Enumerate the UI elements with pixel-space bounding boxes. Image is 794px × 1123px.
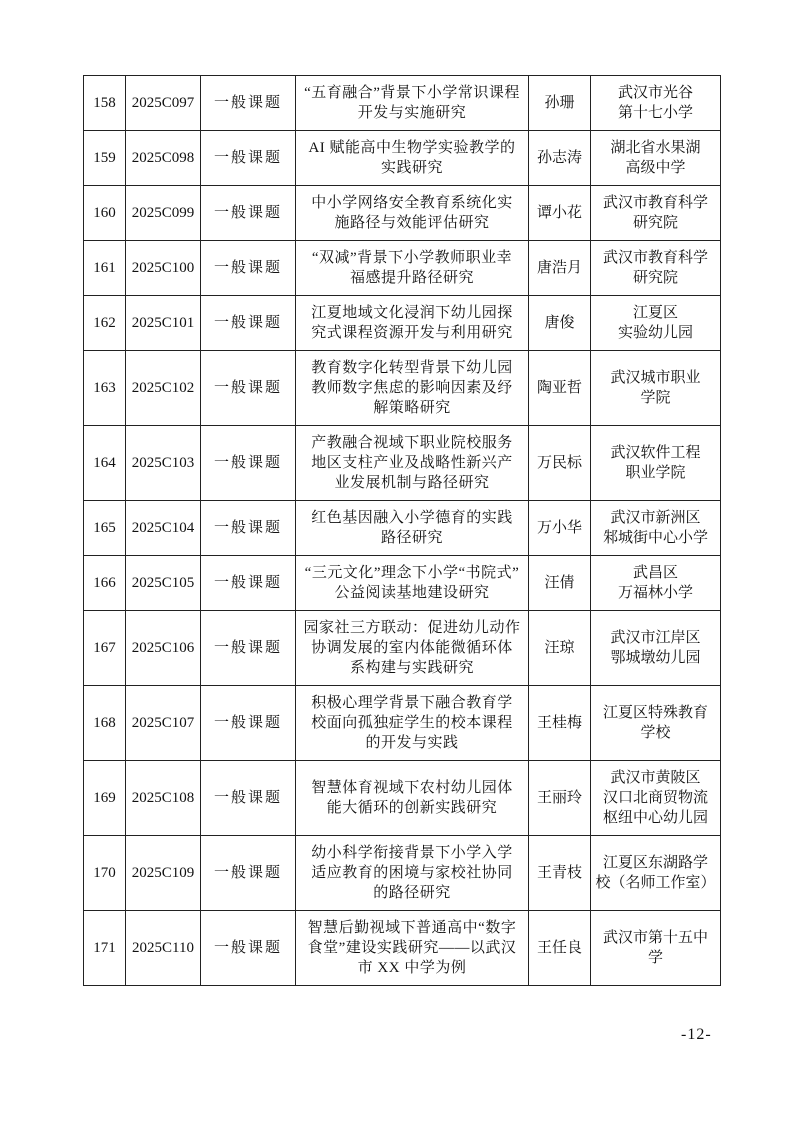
row-number-cell: 169 (84, 761, 126, 836)
project-category-cell: 一般课题 (201, 501, 296, 556)
project-code-cell: 2025C099 (126, 186, 201, 241)
project-category-cell: 一般课题 (201, 351, 296, 426)
project-leader-cell: 汪琼 (529, 611, 591, 686)
project-code-cell: 2025C102 (126, 351, 201, 426)
project-leader-cell: 谭小花 (529, 186, 591, 241)
project-title-cell: 智慧体育视域下农村幼儿园体 能大循环的创新实践研究 (296, 761, 529, 836)
row-number-cell: 160 (84, 186, 126, 241)
table-row: 163 2025C102 一般课题 教育数字化转型背景下幼儿园 教师数字焦虑的影… (84, 351, 721, 426)
project-title-cell: 幼小科学衔接背景下小学入学 适应教育的困境与家校社协同 的路径研究 (296, 836, 529, 911)
project-title-cell: 教育数字化转型背景下幼儿园 教师数字焦虑的影响因素及纾 解策略研究 (296, 351, 529, 426)
project-code-cell: 2025C106 (126, 611, 201, 686)
project-institution-cell: 武汉市黄陂区 汉口北商贸物流 枢纽中心幼儿园 (591, 761, 721, 836)
project-leader-cell: 王丽玲 (529, 761, 591, 836)
project-category-cell: 一般课题 (201, 76, 296, 131)
project-category-cell: 一般课题 (201, 761, 296, 836)
row-number-cell: 166 (84, 556, 126, 611)
project-title-cell: “三元文化”理念下小学“书院式” 公益阅读基地建设研究 (296, 556, 529, 611)
project-institution-cell: 武昌区 万福林小学 (591, 556, 721, 611)
project-category-cell: 一般课题 (201, 426, 296, 501)
row-number-cell: 158 (84, 76, 126, 131)
table-row: 158 2025C097 一般课题 “五育融合”背景下小学常识课程 开发与实施研… (84, 76, 721, 131)
project-institution-cell: 武汉市光谷 第十七小学 (591, 76, 721, 131)
project-institution-cell: 江夏区东湖路学 校（名师工作室） (591, 836, 721, 911)
project-category-cell: 一般课题 (201, 836, 296, 911)
project-category-cell: 一般课题 (201, 556, 296, 611)
project-institution-cell: 武汉市教育科学 研究院 (591, 186, 721, 241)
project-title-cell: AI 赋能高中生物学实验教学的 实践研究 (296, 131, 529, 186)
project-code-cell: 2025C098 (126, 131, 201, 186)
project-title-cell: “双减”背景下小学教师职业幸 福感提升路径研究 (296, 241, 529, 296)
project-category-cell: 一般课题 (201, 611, 296, 686)
project-code-cell: 2025C101 (126, 296, 201, 351)
project-leader-cell: 万小华 (529, 501, 591, 556)
project-institution-cell: 武汉城市职业 学院 (591, 351, 721, 426)
table-row: 164 2025C103 一般课题 产教融合视域下职业院校服务 地区支柱产业及战… (84, 426, 721, 501)
table-row: 168 2025C107 一般课题 积极心理学背景下融合教育学 校面向孤独症学生… (84, 686, 721, 761)
row-number-cell: 168 (84, 686, 126, 761)
project-leader-cell: 唐浩月 (529, 241, 591, 296)
table-row: 166 2025C105 一般课题 “三元文化”理念下小学“书院式” 公益阅读基… (84, 556, 721, 611)
project-category-cell: 一般课题 (201, 186, 296, 241)
project-leader-cell: 汪倩 (529, 556, 591, 611)
project-institution-cell: 武汉市江岸区 鄂城墩幼儿园 (591, 611, 721, 686)
row-number-cell: 170 (84, 836, 126, 911)
project-leader-cell: 王桂梅 (529, 686, 591, 761)
project-leader-cell: 唐俊 (529, 296, 591, 351)
project-institution-cell: 武汉软件工程 职业学院 (591, 426, 721, 501)
project-code-cell: 2025C108 (126, 761, 201, 836)
project-institution-cell: 武汉市新洲区 邾城街中心小学 (591, 501, 721, 556)
project-category-cell: 一般课题 (201, 131, 296, 186)
project-code-cell: 2025C100 (126, 241, 201, 296)
project-category-cell: 一般课题 (201, 241, 296, 296)
project-category-cell: 一般课题 (201, 911, 296, 986)
row-number-cell: 167 (84, 611, 126, 686)
project-title-cell: 江夏地域文化浸润下幼儿园探 究式课程资源开发与利用研究 (296, 296, 529, 351)
project-title-cell: 园家社三方联动：促进幼儿动作 协调发展的室内体能微循环体 系构建与实践研究 (296, 611, 529, 686)
page-number: -12- (681, 1026, 712, 1044)
project-leader-cell: 万民标 (529, 426, 591, 501)
table-row: 160 2025C099 一般课题 中小学网络安全教育系统化实 施路径与效能评估… (84, 186, 721, 241)
project-code-cell: 2025C097 (126, 76, 201, 131)
project-code-cell: 2025C105 (126, 556, 201, 611)
row-number-cell: 171 (84, 911, 126, 986)
project-title-cell: 中小学网络安全教育系统化实 施路径与效能评估研究 (296, 186, 529, 241)
row-number-cell: 161 (84, 241, 126, 296)
project-title-cell: 红色基因融入小学德育的实践 路径研究 (296, 501, 529, 556)
table-row: 161 2025C100 一般课题 “双减”背景下小学教师职业幸 福感提升路径研… (84, 241, 721, 296)
document-page: 158 2025C097 一般课题 “五育融合”背景下小学常识课程 开发与实施研… (0, 0, 794, 1123)
project-approval-table: 158 2025C097 一般课题 “五育融合”背景下小学常识课程 开发与实施研… (83, 75, 721, 986)
project-category-cell: 一般课题 (201, 296, 296, 351)
project-institution-cell: 武汉市第十五中 学 (591, 911, 721, 986)
row-number-cell: 165 (84, 501, 126, 556)
project-code-cell: 2025C104 (126, 501, 201, 556)
project-title-cell: 产教融合视域下职业院校服务 地区支柱产业及战略性新兴产 业发展机制与路径研究 (296, 426, 529, 501)
table-row: 162 2025C101 一般课题 江夏地域文化浸润下幼儿园探 究式课程资源开发… (84, 296, 721, 351)
project-institution-cell: 江夏区特殊教育 学校 (591, 686, 721, 761)
row-number-cell: 159 (84, 131, 126, 186)
project-code-cell: 2025C107 (126, 686, 201, 761)
row-number-cell: 162 (84, 296, 126, 351)
project-title-cell: 智慧后勤视域下普通高中“数字 食堂”建设实践研究——以武汉 市 XX 中学为例 (296, 911, 529, 986)
table-body: 158 2025C097 一般课题 “五育融合”背景下小学常识课程 开发与实施研… (84, 76, 721, 986)
table-row: 171 2025C110 一般课题 智慧后勤视域下普通高中“数字 食堂”建设实践… (84, 911, 721, 986)
project-title-cell: “五育融合”背景下小学常识课程 开发与实施研究 (296, 76, 529, 131)
project-leader-cell: 王任良 (529, 911, 591, 986)
project-leader-cell: 孙志涛 (529, 131, 591, 186)
table-row: 159 2025C098 一般课题 AI 赋能高中生物学实验教学的 实践研究 孙… (84, 131, 721, 186)
project-leader-cell: 陶亚哲 (529, 351, 591, 426)
table-row: 167 2025C106 一般课题 园家社三方联动：促进幼儿动作 协调发展的室内… (84, 611, 721, 686)
project-category-cell: 一般课题 (201, 686, 296, 761)
table-row: 169 2025C108 一般课题 智慧体育视域下农村幼儿园体 能大循环的创新实… (84, 761, 721, 836)
project-leader-cell: 王青枝 (529, 836, 591, 911)
table-row: 170 2025C109 一般课题 幼小科学衔接背景下小学入学 适应教育的困境与… (84, 836, 721, 911)
project-leader-cell: 孙珊 (529, 76, 591, 131)
project-title-cell: 积极心理学背景下融合教育学 校面向孤独症学生的校本课程 的开发与实践 (296, 686, 529, 761)
project-code-cell: 2025C103 (126, 426, 201, 501)
project-code-cell: 2025C109 (126, 836, 201, 911)
table-row: 165 2025C104 一般课题 红色基因融入小学德育的实践 路径研究 万小华… (84, 501, 721, 556)
row-number-cell: 163 (84, 351, 126, 426)
project-institution-cell: 武汉市教育科学 研究院 (591, 241, 721, 296)
project-institution-cell: 江夏区 实验幼儿园 (591, 296, 721, 351)
project-institution-cell: 湖北省水果湖 高级中学 (591, 131, 721, 186)
row-number-cell: 164 (84, 426, 126, 501)
project-code-cell: 2025C110 (126, 911, 201, 986)
